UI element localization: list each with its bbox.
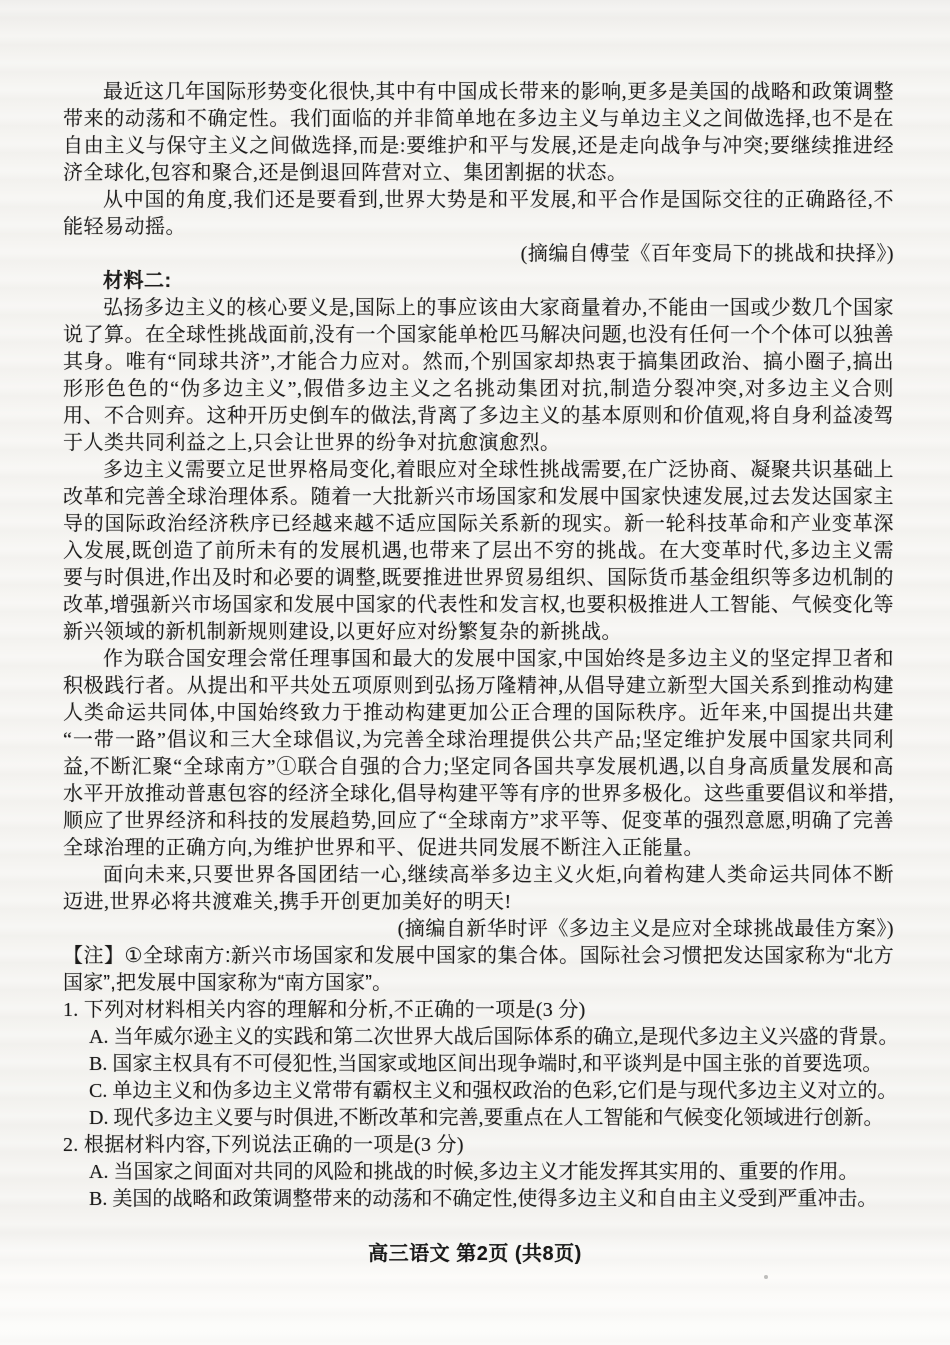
scan-dust-speck bbox=[846, 937, 848, 939]
scanned-exam-page: 最近这几年国际形势变化很快,其中有中国成长带来的影响,更多是美国的战略和政策调整… bbox=[0, 0, 950, 1345]
question-2-option-a: A. 当国家之间面对共同的风险和挑战的时候,多边主义才能发挥其实用的、重要的作用… bbox=[63, 1159, 894, 1186]
text-column: 最近这几年国际形势变化很快,其中有中国成长带来的影响,更多是美国的战略和政策调整… bbox=[63, 79, 894, 1213]
material2-paragraph-4: 面向未来,只要世界各国团结一心,继续高举多边主义火炬,向着构建人类命运共同体不断… bbox=[63, 862, 894, 916]
questions-section: 1. 下列对材料相关内容的理解和分析,不正确的一项是(3 分) A. 当年威尔逊… bbox=[63, 997, 894, 1213]
material2-heading: 材料二: bbox=[63, 268, 894, 295]
question-2-option-b: B. 美国的战略和政策调整带来的动荡和不确定性,使得多边主义和自由主义受到严重冲… bbox=[63, 1186, 894, 1213]
material1-paragraph-2: 从中国的角度,我们还是要看到,世界大势是和平发展,和平合作是国际交往的正确路径,… bbox=[63, 187, 894, 241]
material1-paragraph-1: 最近这几年国际形势变化很快,其中有中国成长带来的影响,更多是美国的战略和政策调整… bbox=[63, 79, 894, 187]
material2-paragraph-2: 多边主义需要立足世界格局变化,着眼应对全球性挑战需要,在广泛协商、凝聚共识基础上… bbox=[63, 457, 894, 646]
material1-attribution: (摘编自傅莹《百年变局下的挑战和抉择》) bbox=[63, 241, 894, 268]
scan-dust-speck bbox=[764, 1275, 768, 1279]
material-one-section: 最近这几年国际形势变化很快,其中有中国成长带来的影响,更多是美国的战略和政策调整… bbox=[63, 79, 894, 268]
question-1-stem: 1. 下列对材料相关内容的理解和分析,不正确的一项是(3 分) bbox=[63, 997, 894, 1024]
question-2-stem: 2. 根据材料内容,下列说法正确的一项是(3 分) bbox=[63, 1132, 894, 1159]
question-1-option-d: D. 现代多边主义要与时俱进,不断改革和完善,要重点在人工智能和气候变化领域进行… bbox=[63, 1105, 894, 1132]
material-two-section: 材料二: 弘扬多边主义的核心要义是,国际上的事应该由大家商量着办,不能由一国或少… bbox=[63, 268, 894, 943]
question-1-option-c: C. 单边主义和伪多边主义常带有霸权主义和强权政治的色彩,它们是与现代多边主义对… bbox=[63, 1078, 894, 1105]
material2-paragraph-1: 弘扬多边主义的核心要义是,国际上的事应该由大家商量着办,不能由一国或少数几个国家… bbox=[63, 295, 894, 457]
material2-paragraph-3: 作为联合国安理会常任理事国和最大的发展中国家,中国始终是多边主义的坚定捍卫者和积… bbox=[63, 646, 894, 862]
material2-attribution: (摘编自新华时评《多边主义是应对全球挑战最佳方案》) bbox=[63, 916, 894, 943]
footnote: 【注】①全球南方:新兴市场国家和发展中国家的集合体。国际社会习惯把发达国家称为“… bbox=[63, 943, 894, 997]
page-footer: 高三语文 第2页 (共8页) bbox=[0, 1237, 950, 1266]
question-1-option-b: B. 国家主权具有不可侵犯性,当国家或地区间出现争端时,和平谈判是中国主张的首要… bbox=[63, 1051, 894, 1078]
question-1-option-a: A. 当年威尔逊主义的实践和第二次世界大战后国际体系的确立,是现代多边主义兴盛的… bbox=[63, 1024, 894, 1051]
